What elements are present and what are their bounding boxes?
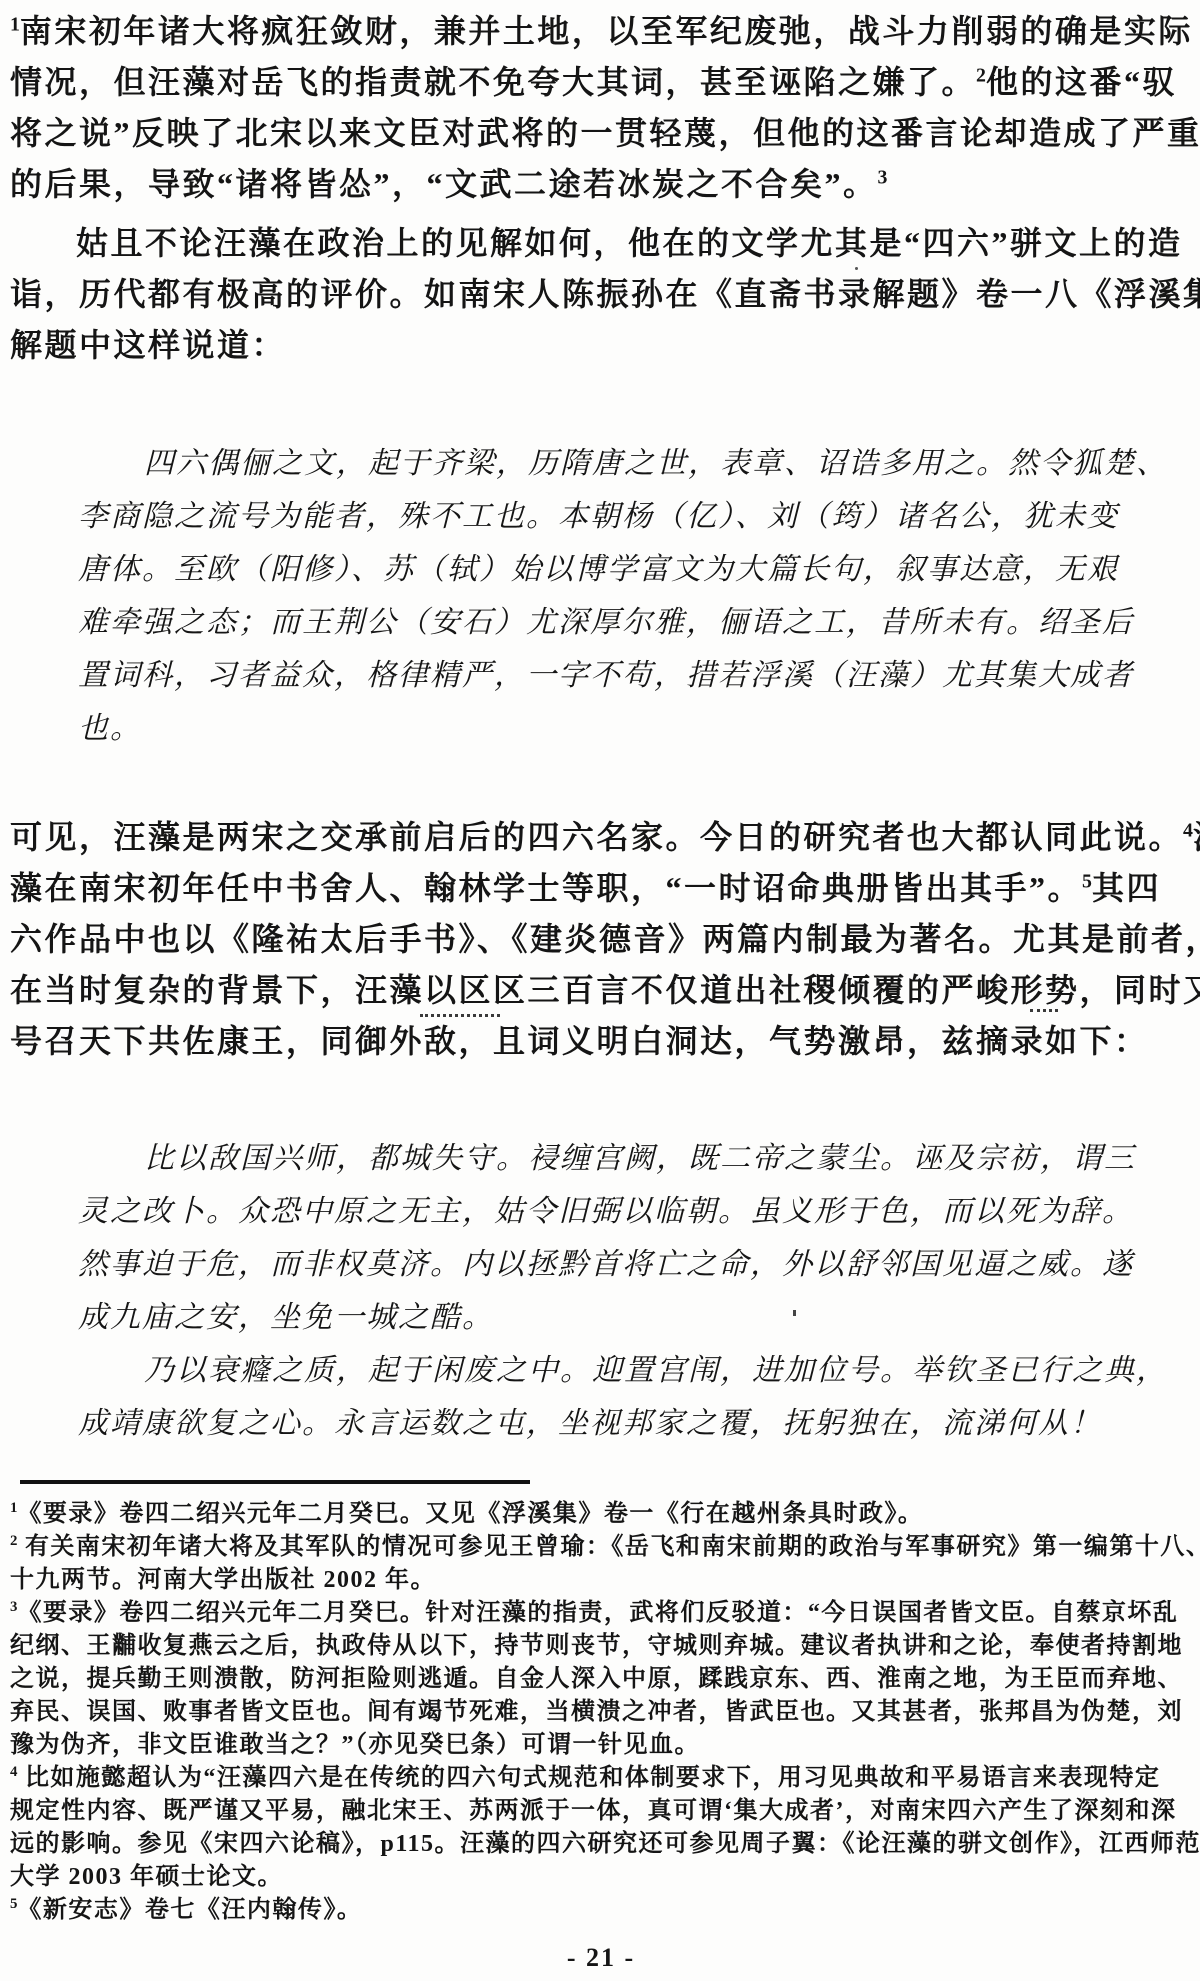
quote-line: 成靖康欲复之心。永言运数之屯，坐视邦家之覆，抚躬独在，流涕何从！ (78, 1397, 1152, 1450)
text-line: 六作品中也以《隆祐太后手书》、《建炎德音》两篇内制最为著名。尤其是前者， (10, 914, 1192, 965)
footnotes: 1《要录》卷四二绍兴元年二月癸巳。又见《浮溪集》卷一《行在越州条具时政》。 2 … (10, 1498, 1192, 1927)
text-run: 十九两节。河南大学出版社 2002 年。 (10, 1567, 436, 1593)
footnote-separator (20, 1480, 530, 1484)
text-line: 将之说”反映了北宋以来文臣对武将的一贯轻蔑，但他的这番言论却造成了严重 (10, 108, 1192, 159)
text-run: 的后果，导致“诸将皆怂”，“文武二途若冰炭之不合矣”。 (10, 166, 878, 202)
text-run: 置词科，习者益众，格律精严，一字不苟，措若浮溪（汪藻）尤其集大成者 (78, 659, 1134, 692)
text-run: 规定性内容、既严谨又平易，融北宋王、苏两派于一体，真可谓‘集大成者’，对南宋四六… (10, 1798, 1176, 1824)
footnote-line: 十九两节。河南大学出版社 2002 年。 (10, 1564, 1192, 1597)
quote-line: 也。 (78, 702, 1152, 755)
text-run: 比如施懿超认为“汪藻四六是在传统的四六句式规范和体制要求下，用习见典故和平易语言… (17, 1765, 1160, 1791)
text-run: 乃以衰癃之质，起于闲废之中。迎置宫闱，进加位号。举钦圣已行之典， (144, 1354, 1168, 1387)
text-run: 大学 2003 年硕士论文。 (10, 1864, 283, 1890)
footnote-ref: 2 (976, 64, 986, 86)
paragraph-2: 姑且不论汪藻在政治上的见解如何，他在的文学尤其是“四六”骈文上的造 诣，历代都有… (10, 218, 1192, 371)
text-run: 成靖康欲复之心。永言运数之屯，坐视邦家之覆，抚躬独在，流涕何从！ (78, 1407, 1102, 1440)
text-line: 姑且不论汪藻在政治上的见解如何，他在的文学尤其是“四六”骈文上的造 (10, 218, 1192, 269)
block-quote-2: 比以敌国兴师，都城失守。祲缠宫阙，既二帝之蒙尘。诬及宗祊，谓三 灵之改卜。众恐中… (78, 1132, 1152, 1450)
footnote-line: 大学 2003 年硕士论文。 (10, 1861, 1192, 1894)
text-run: 纪纲、王黼收复燕云之后，执政侍从以下，持节则丧节，守城则弃城。建议者执讲和之论，… (10, 1633, 1183, 1659)
text-run: 《新安志》卷七《汪内翰传》。 (17, 1897, 362, 1923)
text-run: 四六偶俪之文，起于齐梁，历隋唐之世，表章、诏诰多用之。然令狐楚、 (144, 447, 1168, 480)
text-run: 诣，历代都有极高的评价。如南宋人陈振孙在《直斋书录解题》卷一八《浮溪集》 (10, 276, 1200, 312)
text-run: 在当时复杂的背景下，汪藻以区区三百言不仅道出社稷倾覆的严峻形势，同时又 (10, 972, 1200, 1008)
text-run: 弃民、误国、败事者皆文臣也。间有竭节死难，当横溃之冲者，皆武臣也。又其甚者，张邦… (10, 1699, 1183, 1725)
text-run: 南宋初年诸大将疯狂敛财，兼并土地，以至军纪废弛，战斗力削弱的确是实际 (20, 13, 1193, 49)
quote-line: 唐体。至欧（阳修）、苏（轼）始以博学富文为大篇长句，叙事达意，无艰 (78, 543, 1152, 596)
text-line: 号召天下共佐康王，同御外敌，且词义明白洞达，气势激昂，兹摘录如下： (10, 1016, 1192, 1067)
text-run: 将之说”反映了北宋以来文臣对武将的一贯轻蔑，但他的这番言论却造成了严重 (10, 115, 1200, 151)
text-line: 的后果，导致“诸将皆怂”，“文武二途若冰炭之不合矣”。3 (10, 159, 1192, 210)
paragraph-1: 1南宋初年诸大将疯狂敛财，兼并土地，以至军纪废弛，战斗力削弱的确是实际 情况，但… (10, 6, 1192, 210)
text-run: 六作品中也以《隆祐太后手书》、《建炎德音》两篇内制最为著名。尤其是前者， (10, 921, 1200, 957)
text-line: 情况，但汪藻对岳飞的指责就不免夸大其词，甚至诬陷之嫌了。2他的这番“驭 (10, 57, 1192, 108)
text-line: 藻在南宋初年任中书舍人、翰林学士等职，“一时诏命典册皆出其手”。5其四 (10, 863, 1192, 914)
footnote-line: 3《要录》卷四二绍兴元年二月癸巳。针对汪藻的指责，武将们反驳道：“今日误国者皆文… (10, 1597, 1192, 1630)
quote-line: 难牵强之态；而王荆公（安石）尤深厚尔雅，俪语之工，昔所未有。绍圣后 (78, 596, 1152, 649)
footnote-3: 3《要录》卷四二绍兴元年二月癸巳。针对汪藻的指责，武将们反驳道：“今日误国者皆文… (10, 1597, 1192, 1762)
text-line: 1南宋初年诸大将疯狂敛财，兼并土地，以至军纪废弛，战斗力削弱的确是实际 (10, 6, 1192, 57)
text-run: 有关南宋初年诸大将及其军队的情况可参见王曾瑜：《岳飞和南宋前期的政治与军事研究》… (17, 1534, 1200, 1560)
footnote-1: 1《要录》卷四二绍兴元年二月癸巳。又见《浮溪集》卷一《行在越州条具时政》。 (10, 1498, 1192, 1531)
footnote-5: 5《新安志》卷七《汪内翰传》。 (10, 1894, 1192, 1927)
footnote-ref: 1 (10, 13, 20, 35)
text-run: 之说，提兵勤王则溃散，防河拒险则逃遁。自金人深入中原，蹂践京东、西、淮南之地，为… (10, 1666, 1183, 1692)
text-run: 情况，但汪藻对岳飞的指责就不免夸大其词，甚至诬陷之嫌了。 (10, 64, 976, 100)
text-line: 可见，汪藻是两宋之交承前启后的四六名家。今日的研究者也大都认同此说。4汪 (10, 812, 1192, 863)
footnote-4: 4 比如施懿超认为“汪藻四六是在传统的四六句式规范和体制要求下，用习见典故和平易… (10, 1762, 1192, 1894)
text-run: 号召天下共佐康王，同御外敌，且词义明白洞达，气势激昂，兹摘录如下： (10, 1023, 1149, 1059)
text-run: 藻在南宋初年任中书舍人、翰林学士等职，“一时诏命典册皆出其手”。 (10, 870, 1082, 906)
text-run: 其四 (1092, 870, 1161, 906)
text-run: 《要录》卷四二绍兴元年二月癸巳。针对汪藻的指责，武将们反驳道：“今日误国者皆文臣… (17, 1600, 1178, 1626)
text-run: 汪 (1193, 819, 1200, 855)
text-line: 诣，历代都有极高的评价。如南宋人陈振孙在《直斋书录解题》卷一八《浮溪集》 (10, 269, 1192, 320)
footnote-line: 规定性内容、既严谨又平易，融北宋王、苏两派于一体，真可谓‘集大成者’，对南宋四六… (10, 1795, 1192, 1828)
footnote-line: 弃民、误国、败事者皆文臣也。间有竭节死难，当横溃之冲者，皆武臣也。又其甚者，张邦… (10, 1696, 1192, 1729)
text-run: 李商隐之流号为能者，殊不工也。本朝杨（亿）、刘（筠）诸名公，犹未变 (78, 500, 1119, 533)
text-run: 难牵强之态；而王荆公（安石）尤深厚尔雅，俪语之工，昔所未有。绍圣后 (78, 606, 1134, 639)
quote-line: 然事迫于危，而非权莫济。内以拯黔首将亡之命，外以舒邻国见逼之威。遂 (78, 1238, 1152, 1291)
text-line: 在当时复杂的背景下，汪藻以区区三百言不仅道出社稷倾覆的严峻形势，同时又 (10, 965, 1192, 1016)
footnote-line: 之说，提兵勤王则溃散，防河拒险则逃遁。自金人深入中原，蹂践京东、西、淮南之地，为… (10, 1663, 1192, 1696)
quote-line: 置词科，习者益众，格律精严，一字不苟，措若浮溪（汪藻）尤其集大成者 (78, 649, 1152, 702)
text-run: 他的这番“驭 (986, 64, 1177, 100)
footnote-2: 2 有关南宋初年诸大将及其军队的情况可参见王曾瑜：《岳飞和南宋前期的政治与军事研… (10, 1531, 1192, 1597)
footnote-ref: 3 (878, 166, 888, 188)
text-run: 也。 (78, 712, 142, 745)
page-number: - 21 - (10, 1943, 1192, 1973)
scanned-book-page: 1南宋初年诸大将疯狂敛财，兼并土地，以至军纪废弛，战斗力削弱的确是实际 情况，但… (0, 0, 1200, 1981)
footnote-ref: 4 (1183, 819, 1193, 841)
footnote-line: 豫为伪齐，非文臣谁敢当之？”（亦见癸巳条）可谓一针见血。 (10, 1729, 1192, 1762)
footnote-line: 5《新安志》卷七《汪内翰传》。 (10, 1894, 1192, 1927)
text-run: 成九庙之安，坐免一城之酷。 (78, 1301, 494, 1334)
text-run: 远的影响。参见《宋四六论稿》，p115。汪藻的四六研究还可参见周子翼：《论汪藻的… (10, 1831, 1200, 1857)
text-run: 可见，汪藻是两宋之交承前启后的四六名家。今日的研究者也大都认同此说。 (10, 819, 1183, 855)
quote-line: 李商隐之流号为能者，殊不工也。本朝杨（亿）、刘（筠）诸名公，犹未变 (78, 490, 1152, 543)
footnote-line: 2 有关南宋初年诸大将及其军队的情况可参见王曾瑜：《岳飞和南宋前期的政治与军事研… (10, 1531, 1192, 1564)
footnote-ref: 5 (1082, 870, 1092, 892)
text-line: 解题中这样说道： (10, 320, 1192, 371)
footnote-line: 1《要录》卷四二绍兴元年二月癸巳。又见《浮溪集》卷一《行在越州条具时政》。 (10, 1498, 1192, 1531)
text-run: 豫为伪齐，非文臣谁敢当之？”（亦见癸巳条）可谓一针见血。 (10, 1732, 700, 1758)
text-run: 然事迫于危，而非权莫济。内以拯黔首将亡之命，外以舒邻国见逼之威。遂 (78, 1248, 1134, 1281)
text-run: 灵之改卜。众恐中原之无主，姑令旧弼以临朝。虽义形于色，而以死为辞。 (78, 1195, 1134, 1228)
quote-line: 乃以衰癃之质，起于闲废之中。迎置宫闱，进加位号。举钦圣已行之典， (78, 1344, 1152, 1397)
block-quote-1: 四六偶俪之文，起于齐梁，历隋唐之世，表章、诏诰多用之。然令狐楚、 李商隐之流号为… (78, 437, 1152, 755)
quote-line: 比以敌国兴师，都城失守。祲缠宫阙，既二帝之蒙尘。诬及宗祊，谓三 (78, 1132, 1152, 1185)
paragraph-3: 可见，汪藻是两宋之交承前启后的四六名家。今日的研究者也大都认同此说。4汪 藻在南… (10, 812, 1192, 1067)
footnote-line: 远的影响。参见《宋四六论稿》，p115。汪藻的四六研究还可参见周子翼：《论汪藻的… (10, 1828, 1192, 1861)
text-run: 姑且不论汪藻在政治上的见解如何，他在的文学尤其是“四六”骈文上的造 (76, 225, 1183, 261)
quote-line: 灵之改卜。众恐中原之无主，姑令旧弼以临朝。虽义形于色，而以死为辞。 (78, 1185, 1152, 1238)
text-run: 唐体。至欧（阳修）、苏（轼）始以博学富文为大篇长句，叙事达意，无艰 (78, 553, 1119, 586)
footnote-line: 纪纲、王黼收复燕云之后，执政侍从以下，持节则丧节，守城则弃城。建议者执讲和之论，… (10, 1630, 1192, 1663)
quote-line: 成九庙之安，坐免一城之酷。 (78, 1291, 1152, 1344)
text-run: 比以敌国兴师，都城失守。祲缠宫阙，既二帝之蒙尘。诬及宗祊，谓三 (144, 1142, 1136, 1175)
text-run: 《要录》卷四二绍兴元年二月癸巳。又见《浮溪集》卷一《行在越州条具时政》。 (17, 1501, 923, 1527)
text-run: 解题中这样说道： (10, 327, 286, 363)
footnote-line: 4 比如施懿超认为“汪藻四六是在传统的四六句式规范和体制要求下，用习见典故和平易… (10, 1762, 1192, 1795)
quote-line: 四六偶俪之文，起于齐梁，历隋唐之世，表章、诏诰多用之。然令狐楚、 (78, 437, 1152, 490)
